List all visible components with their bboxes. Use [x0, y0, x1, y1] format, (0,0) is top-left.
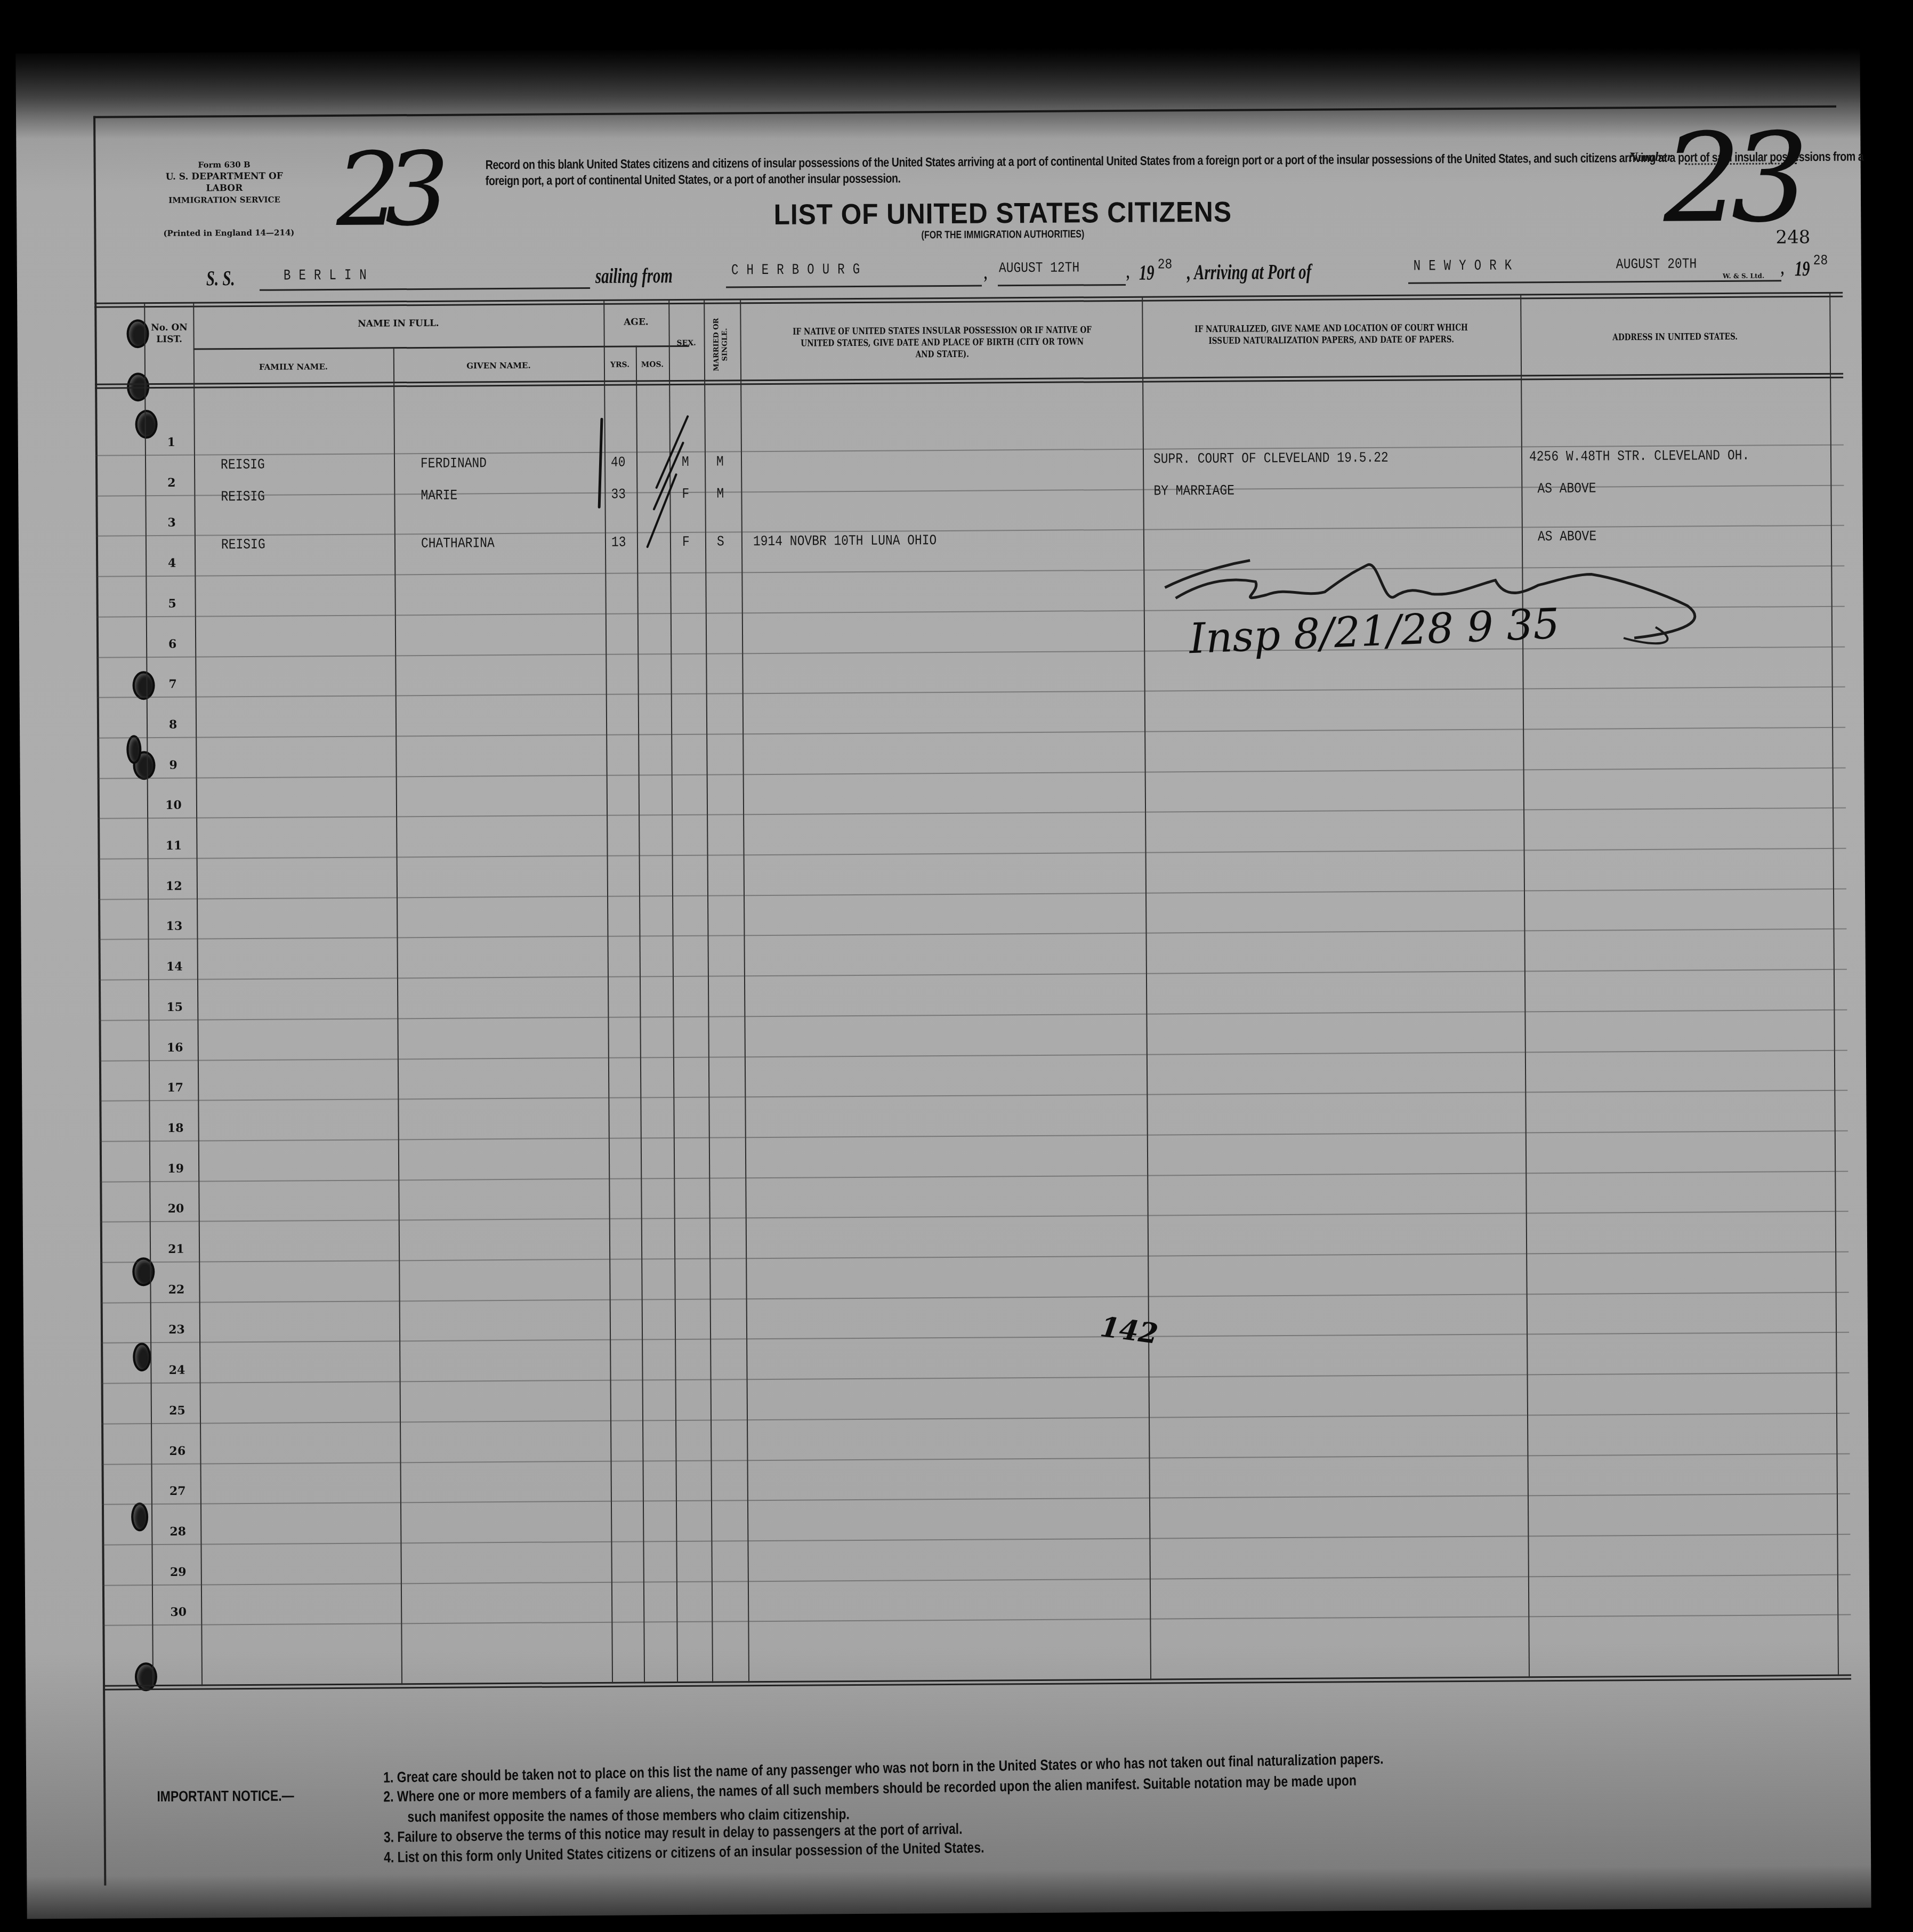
row-rule	[98, 807, 1846, 819]
header-name-in-full: NAME IN FULL.	[193, 317, 603, 331]
comma: ,	[1187, 260, 1194, 284]
row-rule	[100, 1251, 1849, 1263]
col-rule	[636, 345, 645, 1683]
header-birth-info: IF NATIVE OF UNITED STATES INSULAR POSSE…	[790, 324, 1093, 361]
page-title: LIST OF UNITED STATES CITIZENS	[684, 195, 1321, 232]
row-number: 9	[145, 758, 201, 772]
departure-date-underline	[998, 284, 1126, 286]
given-name-cell: MARIE	[421, 488, 457, 504]
department-name: U. S. DEPARTMENT OF LABOR	[155, 170, 294, 195]
row-rule	[99, 1090, 1847, 1102]
header-address: ADDRESS IN UNITED STATES.	[1556, 330, 1795, 344]
row-number: 21	[148, 1242, 204, 1256]
departure-year-suffix: 28	[1158, 257, 1173, 273]
printed-in-note: (Printed in England 14—214)	[163, 228, 294, 238]
age-years-cell: 33	[611, 487, 626, 503]
naturalization-cell: BY MARRIAGE	[1153, 483, 1234, 500]
header-sex: SEX.	[669, 337, 704, 349]
given-name-cell: CHATHARINA	[421, 536, 495, 552]
sailing-from-label: sailing from	[595, 263, 673, 288]
row-number: 20	[148, 1201, 204, 1216]
table-bottom-rule	[103, 1675, 1851, 1691]
row-number: 12	[146, 879, 202, 893]
row-number: 8	[145, 718, 201, 732]
family-name-cell: REISIG	[221, 537, 265, 554]
row-rule	[99, 969, 1847, 981]
col-rule	[1520, 295, 1530, 1678]
row-rule	[99, 1009, 1847, 1021]
row-number: 14	[147, 959, 203, 974]
handwritten-list-number: 23	[336, 139, 433, 241]
row-rule	[98, 767, 1846, 779]
row-number: 19	[148, 1161, 204, 1176]
ship-name: B E R L I N	[284, 268, 367, 285]
col-rule	[144, 303, 154, 1686]
row-rule	[102, 1534, 1850, 1546]
header-married-or-single: MARRIED OR SINGLE.	[712, 307, 730, 382]
departure-date: AUGUST 12TH	[999, 260, 1080, 277]
page-subtitle: (FOR THE IMMIGRATION AUTHORITIES)	[832, 228, 1173, 242]
row-number: 17	[147, 1080, 203, 1095]
sex-cell: F	[682, 535, 690, 551]
arrival-year-prefix: 19	[1795, 256, 1810, 281]
row-rule	[101, 1372, 1850, 1384]
manifest-page: Form 630 B U. S. DEPARTMENT OF LABOR IMM…	[15, 42, 1871, 1919]
header-yrs: YRS.	[604, 359, 636, 371]
col-rule	[1142, 297, 1151, 1680]
marital-status-cell: M	[716, 486, 724, 502]
row-number: 27	[150, 1484, 206, 1498]
header-given-name: GIVEN NAME.	[393, 359, 604, 372]
arrival-port: N E W Y O R K	[1414, 257, 1512, 274]
row-number: 11	[146, 838, 201, 853]
arrival-date: AUGUST 20TH	[1616, 256, 1697, 273]
row-number: 6	[144, 637, 200, 652]
ss-label: S. S.	[206, 265, 235, 290]
row-number: 28	[150, 1524, 206, 1539]
departure-year-prefix: 19	[1139, 260, 1155, 285]
punch-hole	[133, 1343, 151, 1371]
row-rule	[102, 1453, 1850, 1465]
departure-port-underline	[726, 285, 982, 288]
row-number: 4	[144, 556, 200, 571]
address-cell: 4256 W.48TH STR. CLEVELAND OH.	[1529, 448, 1749, 466]
arriving-label: , Arriving at Port of	[1187, 259, 1312, 285]
row-rule	[97, 686, 1845, 698]
address-cell: AS ABOVE	[1537, 481, 1596, 498]
comma: ,	[1781, 258, 1785, 279]
punch-hole	[126, 735, 141, 764]
family-name-cell: REISIG	[221, 457, 265, 474]
row-rule	[100, 1171, 1848, 1183]
row-number: 30	[150, 1605, 206, 1619]
given-name-cell: FERDINAND	[421, 456, 487, 472]
header-family-name: FAMILY NAME.	[193, 360, 393, 373]
col-rule	[740, 300, 749, 1683]
header-age: AGE.	[603, 316, 668, 328]
row-number: 25	[149, 1403, 205, 1418]
row-number: 22	[148, 1282, 204, 1297]
row-rule	[102, 1614, 1851, 1626]
row-rule	[102, 1493, 1850, 1505]
name-age-divider	[193, 345, 689, 350]
row-rule	[97, 727, 1845, 739]
row-rule	[99, 1050, 1847, 1062]
comma: ,	[984, 263, 988, 284]
family-name-cell: REISIG	[221, 489, 265, 506]
family-bracket-mark	[598, 418, 603, 508]
row-rule	[98, 848, 1846, 860]
row-number: 5	[144, 597, 200, 611]
col-rule	[1829, 293, 1839, 1676]
row-number: 1	[143, 435, 199, 450]
departure-port: C H E R B O U R G	[731, 262, 860, 279]
check-slash-mark	[646, 473, 677, 548]
row-number: 7	[144, 677, 200, 692]
table-top-rule	[94, 292, 1843, 308]
row-rule	[102, 1574, 1851, 1586]
row-number: 26	[149, 1444, 205, 1458]
col-rule	[704, 300, 713, 1683]
age-years-cell: 13	[611, 535, 626, 551]
punch-hole	[135, 410, 157, 439]
row-number: 18	[148, 1121, 204, 1135]
row-rule	[101, 1292, 1849, 1304]
row-number: 16	[147, 1040, 203, 1055]
page-tally: 142	[1098, 1311, 1160, 1351]
col-rule	[393, 347, 402, 1685]
row-number: 10	[146, 798, 201, 812]
row-number: 15	[147, 1000, 203, 1014]
header-no-on-list: No. ON LIST.	[145, 322, 193, 346]
comma: ,	[1127, 263, 1130, 283]
stamped-page-number: 248	[1775, 227, 1810, 248]
birth-info-cell: 1914 NOVBR 10TH LUNA OHIO	[753, 533, 937, 550]
header-bottom-rule	[95, 373, 1843, 389]
row-number: 2	[143, 476, 199, 490]
row-rule	[98, 928, 1846, 940]
marital-status-cell: S	[717, 534, 724, 550]
form-identity: Form 630 B U. S. DEPARTMENT OF LABOR IMM…	[155, 158, 294, 206]
row-number: 3	[144, 516, 200, 530]
ship-underline	[260, 287, 590, 291]
arriving-at-port-label: Arriving at Port of	[1194, 260, 1311, 284]
arrival-year-suffix: 28	[1813, 253, 1828, 269]
col-rule	[193, 303, 203, 1686]
naturalization-cell: SUPR. COURT OF CLEVELAND 19.5.22	[1153, 450, 1389, 468]
row-number: 29	[150, 1565, 206, 1579]
punch-hole	[131, 1502, 148, 1531]
left-border	[93, 116, 106, 1886]
sex-cell: M	[682, 455, 689, 471]
row-rule	[101, 1413, 1850, 1425]
row-rule	[100, 1130, 1848, 1142]
notice-heading: IMPORTANT NOTICE.—	[157, 1787, 294, 1806]
col-rule	[668, 300, 678, 1683]
row-rule	[98, 888, 1846, 900]
row-rule	[100, 1211, 1849, 1223]
service-name: IMMIGRATION SERVICE	[155, 193, 294, 206]
col-rule	[603, 301, 613, 1684]
row-rule	[101, 1332, 1849, 1344]
scan-shadow	[0, 0, 1913, 139]
arrival-underline	[1408, 280, 1781, 284]
row-number: 23	[149, 1322, 205, 1337]
row-number: 13	[146, 919, 202, 933]
header-mos: MOS.	[636, 359, 669, 370]
row-number: 24	[149, 1363, 205, 1377]
sex-cell: F	[682, 487, 689, 503]
marital-status-cell: M	[716, 454, 724, 470]
form-number: Form 630 B	[155, 158, 294, 171]
header-naturalization: IF NATURALIZED, GIVE NAME AND LOCATION O…	[1186, 322, 1476, 347]
printer-mark: W. & S. Ltd.	[1723, 272, 1764, 280]
age-years-cell: 40	[611, 455, 626, 471]
